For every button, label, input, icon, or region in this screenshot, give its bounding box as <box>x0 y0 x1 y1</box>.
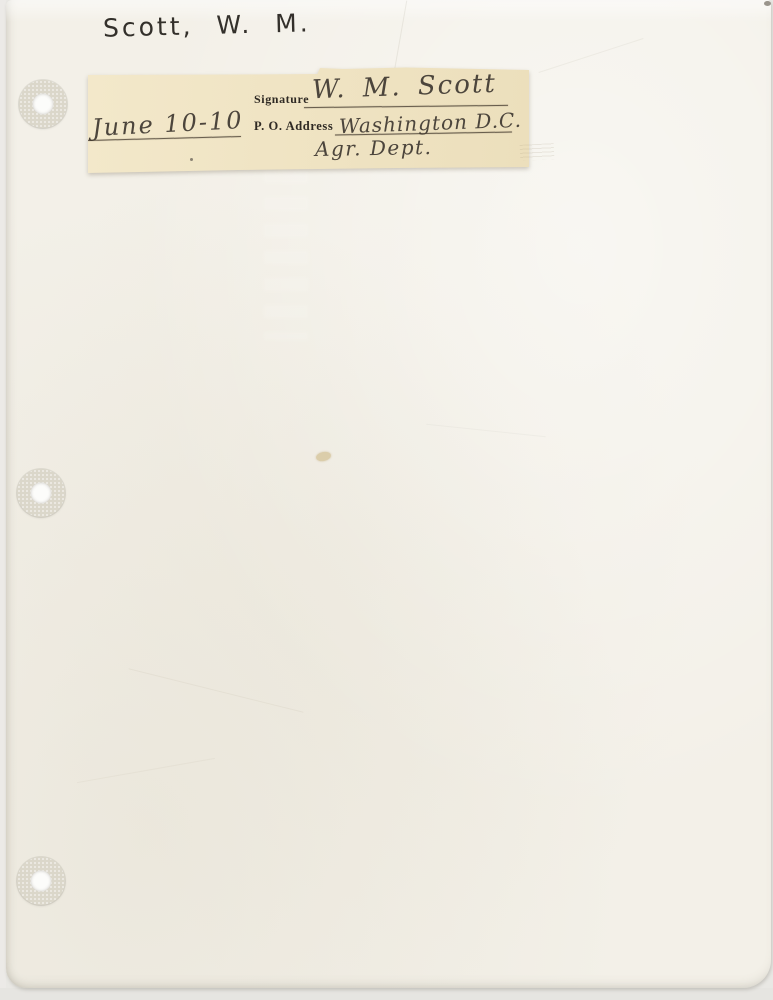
signature-underline <box>304 105 508 108</box>
punch-hole <box>31 483 52 504</box>
po-address-label: P. O. Address <box>254 119 333 134</box>
hole-reinforcement-ring <box>17 857 65 905</box>
handwritten-department: Agr. Dept. <box>315 135 433 161</box>
hole-reinforcement-ring <box>19 80 67 128</box>
notebook-page: Scott, W. M. June 10-10 Signature W. M. … <box>6 0 771 988</box>
paper-crease <box>77 758 215 783</box>
punch-hole <box>31 871 52 892</box>
paper-crease <box>129 668 304 713</box>
handwritten-signature: W. M. Scott <box>312 69 498 105</box>
punch-hole <box>33 94 54 115</box>
paper-stain <box>315 451 332 463</box>
scanner-bed-bottom-strip <box>0 988 773 1000</box>
paper-crease <box>426 424 545 438</box>
paper-crease <box>539 38 644 73</box>
paper-fleck <box>190 158 193 161</box>
pasted-signature-slip: June 10-10 Signature W. M. Scott P. O. A… <box>88 66 529 176</box>
signature-label: Signature <box>254 92 309 107</box>
paper-fleck <box>764 1 771 6</box>
scanned-document: Scott, W. M. June 10-10 Signature W. M. … <box>0 0 773 1000</box>
paper-watermark <box>264 170 308 340</box>
pencil-smudge <box>520 143 555 161</box>
hole-reinforcement-ring <box>17 469 65 517</box>
handwritten-name-header: Scott, W. M. <box>103 8 311 42</box>
signature-slip-paper: June 10-10 Signature W. M. Scott P. O. A… <box>88 66 529 176</box>
